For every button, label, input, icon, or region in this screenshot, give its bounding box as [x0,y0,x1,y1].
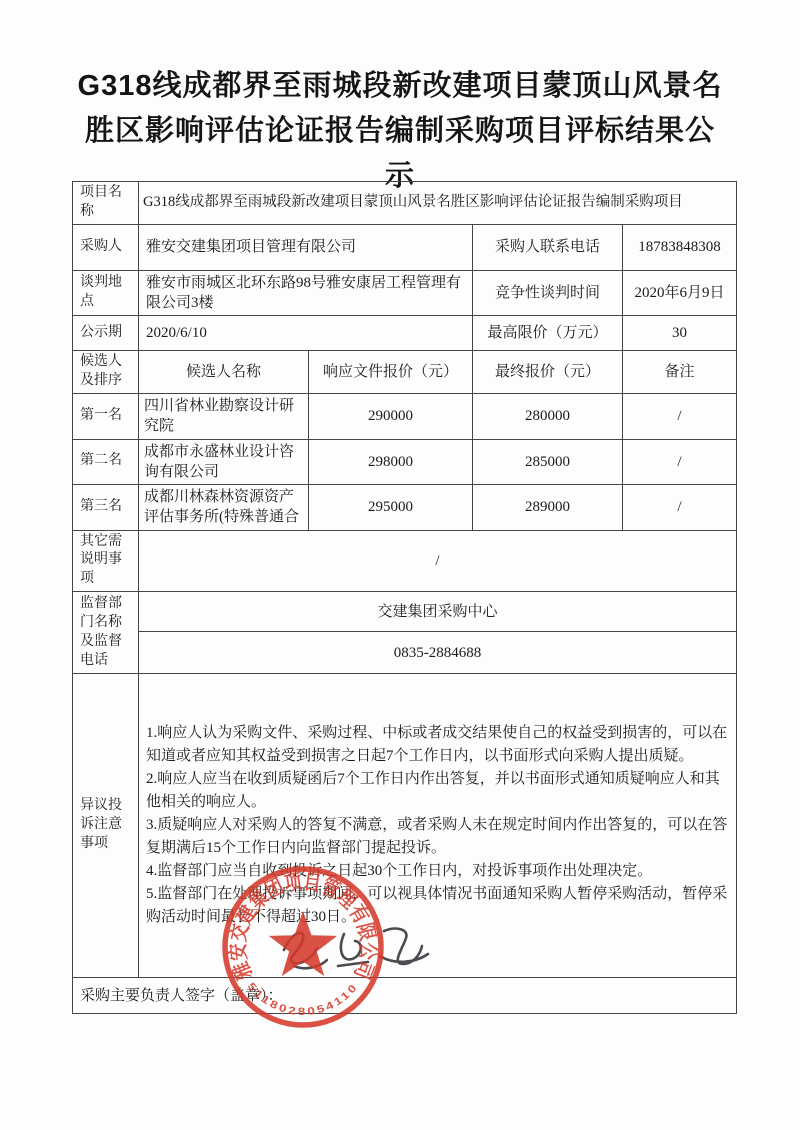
purchaser-phone-label: 采购人联系电话 [473,224,623,270]
bid-result-table: 项目名称 G318线成都界至雨城段新改建项目蒙顶山风景名胜区影响评估论证报告编制… [72,181,737,1014]
other-notes-label: 其它需说明事项 [73,530,139,592]
objection-label: 异议投诉注意事项 [73,674,139,978]
candidate-doc-price: 295000 [309,485,473,531]
negotiation-time-label: 竞争性谈判时间 [473,270,623,316]
candidate-row-2: 第二名 成都市永盛林业设计咨询有限公司 298000 285000 / [73,439,737,485]
candidate-name: 成都川林森林资源资产评估事务所(特殊普通合 [139,485,309,531]
project-name-label: 项目名称 [73,182,139,225]
objection-item-2: 2.响应人应当在收到质疑函后7个工作日内作出答复，并以书面形式通知质疑响应人和其… [146,768,729,814]
supervision-phone-value: 0835-2884688 [139,632,737,674]
objection-item-1: 1.响应人认为采购文件、采购过程、中标或者成交结果使自己的权益受到损害的，可以在… [146,722,729,768]
candidate-row-3: 第三名 成都川林森林资源资产评估事务所(特殊普通合 295000 289000 … [73,485,737,531]
scanned-document-page: G318线成都界至雨城段新改建项目蒙顶山风景名 胜区影响评估论证报告编制采购项目… [0,0,800,1130]
signature-row: 采购主要负责人签字（盖章）： [73,978,737,1014]
venue-label: 谈判地点 [73,270,139,316]
other-notes-value: / [139,530,737,592]
candidates-header-doc-price: 响应文件报价（元） [309,351,473,394]
objection-notice-row: 异议投诉注意事项 1.响应人认为采购文件、采购过程、中标或者成交结果使自己的权益… [73,674,737,978]
candidates-header-remark: 备注 [623,351,737,394]
negotiation-venue-row: 谈判地点 雅安市雨城区北环东路98号雅安康居工程管理有限公司3楼 竞争性谈判时间… [73,270,737,316]
purchaser-value: 雅安交建集团项目管理有限公司 [139,224,473,270]
project-name-value: G318线成都界至雨城段新改建项目蒙顶山风景名胜区影响评估论证报告编制采购项目 [139,182,737,225]
candidate-doc-price: 290000 [309,394,473,440]
purchaser-label: 采购人 [73,224,139,270]
candidate-remark: / [623,394,737,440]
candidate-remark: / [623,439,737,485]
candidate-rank: 第一名 [73,394,139,440]
candidates-header-rank: 候选人及排序 [73,351,139,394]
candidate-doc-price: 298000 [309,439,473,485]
objection-text: 1.响应人认为采购文件、采购过程、中标或者成交结果使自己的权益受到损害的，可以在… [139,674,737,978]
page-title-line-2: 胜区影响评估论证报告编制采购项目评标结果公 [40,109,760,154]
page-title: G318线成都界至雨城段新改建项目蒙顶山风景名 胜区影响评估论证报告编制采购项目… [40,64,760,199]
publicity-period-label: 公示期 [73,316,139,351]
negotiation-time-value: 2020年6月9日 [623,270,737,316]
project-name-row: 项目名称 G318线成都界至雨城段新改建项目蒙顶山风景名胜区影响评估论证报告编制… [73,182,737,225]
page-title-line-1: G318线成都界至雨城段新改建项目蒙顶山风景名 [40,64,760,109]
candidate-row-1: 第一名 四川省林业勘察设计研究院 290000 280000 / [73,394,737,440]
signature-label: 采购主要负责人签字（盖章）： [73,978,737,1014]
publicity-period-row: 公示期 2020/6/10 最高限价（万元） 30 [73,316,737,351]
supervision-dept-value: 交建集团采购中心 [139,592,737,632]
supervision-dept-row: 监督部门名称及监督电话 交建集团采购中心 [73,592,737,632]
other-notes-row: 其它需说明事项 / [73,530,737,592]
supervision-phone-row: 0835-2884688 [73,632,737,674]
objection-item-5: 5.监督部门在处理投诉事项期间，可以视具体情况书面通知采购人暂停采购活动，暂停采… [146,883,729,929]
candidate-name: 四川省林业勘察设计研究院 [139,394,309,440]
candidate-final-price: 285000 [473,439,623,485]
candidates-header-final-price: 最终报价（元） [473,351,623,394]
max-price-value: 30 [623,316,737,351]
candidates-header-row: 候选人及排序 候选人名称 响应文件报价（元） 最终报价（元） 备注 [73,351,737,394]
purchaser-phone-value: 18783848308 [623,224,737,270]
max-price-label: 最高限价（万元） [473,316,623,351]
purchaser-row: 采购人 雅安交建集团项目管理有限公司 采购人联系电话 18783848308 [73,224,737,270]
candidate-final-price: 289000 [473,485,623,531]
candidate-remark: / [623,485,737,531]
candidate-name: 成都市永盛林业设计咨询有限公司 [139,439,309,485]
venue-value: 雅安市雨城区北环东路98号雅安康居工程管理有限公司3楼 [139,270,473,316]
supervision-label: 监督部门名称及监督电话 [73,592,139,674]
publicity-period-value: 2020/6/10 [139,316,473,351]
candidate-rank: 第三名 [73,485,139,531]
objection-item-3: 3.质疑响应人对采购人的答复不满意，或者采购人未在规定时间内作出答复的，可以在答… [146,814,729,860]
objection-item-4: 4.监督部门应当自收到投诉之日起30个工作日内，对投诉事项作出处理决定。 [146,860,729,883]
candidate-final-price: 280000 [473,394,623,440]
candidates-header-name: 候选人名称 [139,351,309,394]
candidate-rank: 第二名 [73,439,139,485]
